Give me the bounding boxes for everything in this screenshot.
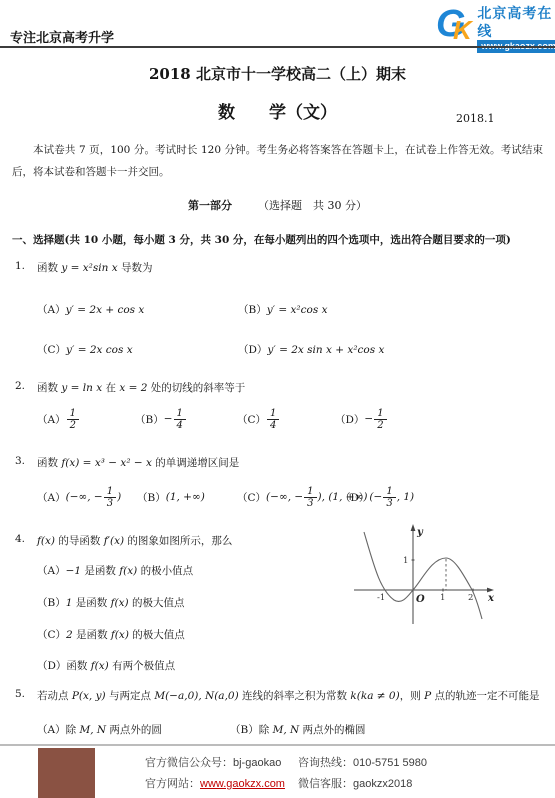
q5-option-a-text: 除 bbox=[66, 724, 80, 736]
q4-stem-math2: f′(x) bbox=[104, 535, 124, 547]
q3-stem-text: 函数 bbox=[37, 457, 61, 469]
q1-option-b: （B）y′ = x²cos x bbox=[238, 302, 328, 317]
q5-option-b: （B）除 M, N 两点外的椭圆 bbox=[230, 722, 366, 737]
q4-option-c-text2: 的极大值点 bbox=[129, 629, 185, 641]
q1-option-c-math: y′ = 2x cos x bbox=[66, 344, 133, 356]
q3-option-a-math2: ) bbox=[117, 491, 121, 503]
q5-stem-math: P(x, y) bbox=[72, 690, 106, 702]
fraction-denominator: 2 bbox=[374, 419, 386, 431]
q4-option-c-math2: f(x) bbox=[111, 629, 129, 641]
q1-stem-text: 函数 bbox=[37, 262, 61, 274]
q2-option-a-fraction: 12 bbox=[67, 408, 79, 431]
q2-option-a-label: （A） bbox=[37, 412, 66, 427]
fraction-denominator: 3 bbox=[104, 497, 116, 509]
q2-option-c: （C）14 bbox=[237, 404, 280, 434]
fraction-denominator: 4 bbox=[267, 419, 279, 431]
q2-option-c-label: （C） bbox=[237, 412, 266, 427]
q1-option-c: （C）y′ = 2x cos x bbox=[37, 342, 133, 357]
q3-option-a-label: （A） bbox=[37, 490, 66, 505]
q2-stem-math2: x = 2 bbox=[119, 382, 147, 394]
footer-wechat-account: 官方微信公众号：bj-gaokao bbox=[145, 753, 285, 774]
q5-stem-text2: 与两定点 bbox=[106, 690, 155, 702]
footer-website-link[interactable]: www.gaokzx.com bbox=[200, 778, 285, 790]
q5-option-b-text2: 两点外的椭圆 bbox=[299, 724, 365, 736]
q5-number: 5. bbox=[15, 688, 25, 700]
fraction-numerator: 1 bbox=[104, 486, 116, 497]
fraction-numerator: 1 bbox=[67, 408, 79, 419]
x-tick-1-label: 1 bbox=[440, 593, 445, 603]
fraction-numerator: 1 bbox=[304, 486, 316, 497]
q2-option-d: （D）−12 bbox=[335, 404, 388, 434]
q2-stem: 函数 y = ln x 在 x = 2 处的切线的斜率等于 bbox=[37, 380, 245, 395]
q2-stem-text3: 处的切线的斜率等于 bbox=[147, 382, 245, 394]
q3-option-b-label: （B） bbox=[137, 490, 166, 505]
origin-label: O bbox=[416, 594, 425, 605]
q2-number: 2. bbox=[15, 380, 25, 392]
gk-logo-icon: G K bbox=[436, 9, 474, 49]
q4-stem-text2: 的图象如图所示，那么 bbox=[124, 535, 232, 547]
q1-option-b-math: y′ = x²cos x bbox=[267, 304, 328, 316]
part-one-title: 第一部分 bbox=[188, 199, 232, 212]
q4-option-a-label: （A） bbox=[37, 565, 66, 577]
exam-date: 2018.1 bbox=[456, 112, 495, 125]
q2-option-d-sign: − bbox=[364, 413, 373, 425]
q4-option-a: （A）−1 是函数 f(x) 的极小值点 bbox=[37, 563, 193, 578]
fraction-denominator: 3 bbox=[304, 497, 316, 509]
q3-option-c-math: (−∞, − bbox=[266, 491, 303, 503]
q1-stem: 函数 y = x²sin x 导数为 bbox=[37, 260, 153, 275]
q2-option-d-label: （D） bbox=[335, 412, 364, 427]
footer-website-label: 官方网站： bbox=[145, 778, 200, 790]
q1-option-b-label: （B） bbox=[238, 304, 267, 316]
q3-stem: 函数 f(x) = x³ − x² − x 的单调递增区间是 bbox=[37, 455, 239, 470]
q2-option-c-fraction: 14 bbox=[267, 408, 279, 431]
q3-stem-text2: 的单调递增区间是 bbox=[152, 457, 239, 469]
fraction-denominator: 2 bbox=[67, 419, 79, 431]
y-axis-arrow bbox=[411, 524, 416, 531]
q2-stem-math: y = ln x bbox=[61, 382, 102, 394]
q4-option-a-math: −1 bbox=[66, 565, 81, 577]
y-axis-label: y bbox=[416, 527, 424, 538]
q3-option-a-fraction: 13 bbox=[104, 486, 116, 509]
q4-option-c-text: 是函数 bbox=[73, 629, 111, 641]
q2-option-a: （A）12 bbox=[37, 404, 80, 434]
q1-option-d: （D）y′ = 2x sin x + x²cos x bbox=[238, 342, 384, 357]
q4-option-b-text2: 的极大值点 bbox=[129, 597, 185, 609]
q5-option-a-math: M, N bbox=[79, 724, 106, 736]
fraction-numerator: 1 bbox=[374, 408, 386, 419]
q3-option-d-math2: , 1) bbox=[397, 491, 414, 503]
fraction-denominator: 4 bbox=[174, 419, 186, 431]
q3-option-d-math: (− bbox=[369, 491, 382, 503]
exam-title: 2018 北京市十一学校高二（上）期末 bbox=[0, 63, 555, 84]
q1-option-d-math: y′ = 2x sin x + x²cos x bbox=[267, 344, 384, 356]
fraction-denominator: 3 bbox=[383, 497, 395, 509]
q1-option-a: （A）y′ = 2x + cos x bbox=[37, 302, 144, 317]
q1-option-a-math: y′ = 2x + cos x bbox=[66, 304, 145, 316]
q4-stem: f(x) 的导函数 f′(x) 的图象如图所示，那么 bbox=[37, 533, 232, 548]
exam-document-page: { "colors": { "brand_blue": "#1b7ec8", "… bbox=[0, 0, 555, 798]
q5-option-a-text2: 两点外的圆 bbox=[106, 724, 162, 736]
q5-option-b-text: 除 bbox=[259, 724, 273, 736]
footer-website-line: 官方网站：www.gaokzx.com bbox=[145, 774, 285, 795]
q5-stem-math2: M(−a,0), N(a,0) bbox=[154, 690, 238, 702]
q5-option-b-math: M, N bbox=[273, 724, 300, 736]
x-axis-label: x bbox=[487, 593, 495, 604]
q4-option-b: （B）1 是函数 f(x) 的极大值点 bbox=[37, 595, 184, 610]
q3-option-d-label: （D） bbox=[340, 490, 369, 505]
q2-option-b-sign: − bbox=[164, 413, 173, 425]
q2-stem-text: 函数 bbox=[37, 382, 61, 394]
q1-stem-math: y = x²sin x bbox=[61, 262, 117, 274]
q1-option-a-label: （A） bbox=[37, 304, 66, 316]
q5-stem-text3: 连线的斜率之积为常数 bbox=[239, 690, 351, 702]
fraction-numerator: 1 bbox=[383, 486, 395, 497]
footer-hotline: 咨询热线：010-5751 5980 bbox=[298, 753, 427, 774]
q4-option-c-label: （C） bbox=[37, 629, 66, 641]
y-tick-1-label: 1 bbox=[403, 556, 408, 566]
q5-stem-text4: ，则 bbox=[400, 690, 424, 702]
q1-option-c-label: （C） bbox=[37, 344, 66, 356]
q4-option-a-text2: 的极小值点 bbox=[137, 565, 193, 577]
q5-stem-text: 若动点 bbox=[37, 690, 72, 702]
x-tick-2-label: 2 bbox=[468, 593, 473, 603]
q5-option-b-label: （B） bbox=[230, 724, 259, 736]
part-one-heading: 第一部分（选择题 共 30 分） bbox=[0, 197, 555, 213]
q3-stem-math: f(x) = x³ − x² − x bbox=[61, 457, 152, 469]
q1-stem-text2: 导数为 bbox=[118, 262, 153, 274]
q2-option-d-fraction: 12 bbox=[374, 408, 386, 431]
header-divider bbox=[0, 46, 555, 48]
q2-option-b-label: （B） bbox=[135, 412, 164, 427]
fraction-numerator: 1 bbox=[267, 408, 279, 419]
q4-option-d-label: （D） bbox=[37, 660, 66, 672]
q5-stem: 若动点 P(x, y) 与两定点 M(−a,0), N(a,0) 连线的斜率之积… bbox=[37, 688, 549, 703]
q3-option-c-label: （C） bbox=[237, 490, 266, 505]
q2-option-b-fraction: 14 bbox=[174, 408, 186, 431]
q2-option-b: （B）−14 bbox=[135, 404, 187, 434]
fraction-numerator: 1 bbox=[174, 408, 186, 419]
x-axis-arrow bbox=[487, 588, 494, 593]
q3-number: 3. bbox=[15, 455, 25, 467]
q4-option-c: （C）2 是函数 f(x) 的极大值点 bbox=[37, 627, 185, 642]
q3-option-d: （D）(−13, 1) bbox=[340, 482, 414, 512]
q1-number: 1. bbox=[15, 260, 25, 272]
q3-option-a-math: (−∞, − bbox=[66, 491, 103, 503]
q5-stem-text5: 点的轨迹一定不可能是 bbox=[431, 690, 539, 702]
footer-wechat-service: 微信客服：gaokzx2018 bbox=[298, 774, 427, 795]
q3-option-a: （A）(−∞, −13) bbox=[37, 482, 121, 512]
footer-left-column: 官方微信公众号：bj-gaokao 官方网站：www.gaokzx.com bbox=[145, 753, 285, 795]
footer-divider bbox=[0, 744, 555, 746]
q1-option-d-label: （D） bbox=[238, 344, 267, 356]
q2-stem-text2: 在 bbox=[102, 382, 119, 394]
q4-option-a-math2: f(x) bbox=[119, 565, 137, 577]
q4-option-a-text: 是函数 bbox=[81, 565, 119, 577]
exam-instructions: 本试卷共 7 页，100 分。考试时长 120 分钟。考生务必将答案答在答题卡上… bbox=[12, 139, 543, 183]
q4-derivative-graph: y x O -1 1 2 1 bbox=[350, 522, 498, 630]
q4-stem-text: 的导函数 bbox=[55, 535, 104, 547]
section-one-title: 一、选择题(共 10 小题，每小题 3 分，共 30 分，在每小题列出的四个选项… bbox=[12, 232, 547, 247]
footer-right-column: 咨询热线：010-5751 5980 微信客服：gaokzx2018 bbox=[298, 753, 427, 795]
q4-option-d-text: 函数 bbox=[66, 660, 90, 672]
footer-brand-square bbox=[38, 748, 95, 798]
q3-option-c-fraction: 13 bbox=[304, 486, 316, 509]
q3-option-b: （B）(1, +∞) bbox=[137, 482, 205, 512]
logo-site-name: 北京高考在线 bbox=[477, 4, 555, 40]
q4-option-d-math2: f(x) bbox=[91, 660, 109, 672]
q3-option-b-math: (1, +∞) bbox=[166, 491, 205, 503]
part-one-subtitle: （选择题 共 30 分） bbox=[258, 199, 367, 212]
q4-option-d: （D）函数 f(x) 有两个极值点 bbox=[37, 658, 175, 673]
q5-option-a-label: （A） bbox=[37, 724, 66, 736]
q5-option-a: （A）除 M, N 两点外的圆 bbox=[37, 722, 162, 737]
q4-option-d-text2: 有两个极值点 bbox=[109, 660, 175, 672]
q4-option-b-text: 是函数 bbox=[72, 597, 110, 609]
x-tick-neg1-label: -1 bbox=[377, 593, 385, 603]
q4-option-b-math2: f(x) bbox=[111, 597, 129, 609]
derivative-curve bbox=[364, 532, 482, 619]
site-tagline: 专注北京高考升学 bbox=[10, 27, 114, 46]
q5-stem-math3: k(ka ≠ 0) bbox=[350, 690, 399, 702]
q4-option-b-label: （B） bbox=[37, 597, 66, 609]
q4-option-c-math: 2 bbox=[66, 629, 73, 641]
q4-stem-math: f(x) bbox=[37, 535, 55, 547]
q3-option-d-fraction: 13 bbox=[383, 486, 395, 509]
logo-k-glyph: K bbox=[453, 15, 472, 46]
q4-number: 4. bbox=[15, 533, 25, 545]
